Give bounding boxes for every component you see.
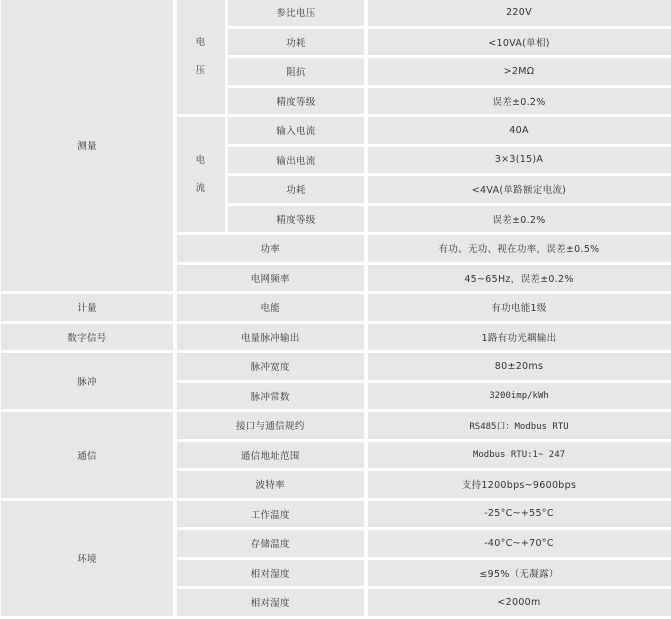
value-cell: 误差±0.2%	[368, 206, 671, 233]
param-cell: 阻抗	[228, 58, 364, 85]
value-cell: 1路有功光耦输出	[368, 324, 671, 351]
value-cell: RS485口：Modbus RTU	[368, 412, 671, 439]
param-cell: 功耗	[228, 176, 364, 203]
value-cell: 误差±0.2%	[368, 88, 671, 115]
value-cell: 45~65Hz，误差±0.2%	[368, 265, 671, 292]
group-measurement: 测量	[1, 0, 173, 291]
param-cell: 功率	[177, 235, 365, 262]
subgroup-current-char-1: 电	[196, 156, 206, 166]
value-cell: 有功电能1级	[368, 294, 671, 321]
param-cell: 精度等级	[228, 206, 364, 233]
spec-table: 测量 计量 数字信号 脉冲 通信 环境 电 压 电 流 参比电压 功耗 阻抗 精…	[0, 0, 671, 616]
param-cell: 功耗	[228, 29, 364, 56]
param-cell: 参比电压	[228, 0, 364, 26]
value-cell: <10VA(单相)	[368, 29, 671, 56]
value-cell: -40°C~+70°C	[368, 530, 671, 557]
group-pulse: 脉冲	[1, 353, 173, 409]
param-cell: 电能	[177, 294, 365, 321]
param-cell: 工作温度	[177, 501, 365, 528]
param-cell: 脉冲宽度	[177, 353, 365, 380]
value-cell: 80±20ms	[368, 353, 671, 380]
subgroup-voltage: 电 压	[177, 0, 225, 114]
group-communication: 通信	[1, 412, 173, 498]
value-cell: 3200imp/kWh	[368, 383, 671, 410]
param-cell: 脉冲常数	[177, 383, 365, 410]
param-cell: 波特率	[177, 471, 365, 498]
value-cell: <4VA(单路额定电流)	[368, 176, 671, 203]
param-cell: 相对湿度	[177, 560, 365, 587]
param-cell: 精度等级	[228, 88, 364, 115]
param-cell: 电量脉冲输出	[177, 324, 365, 351]
value-cell: 40A	[368, 117, 671, 144]
value-cell: ≤95%（无凝露）	[368, 560, 671, 587]
value-cell: 220V	[368, 0, 671, 26]
value-cell: 有功、无功、视在功率，误差±0.5%	[368, 235, 671, 262]
subgroup-current: 电 流	[177, 117, 225, 232]
subgroup-voltage-char-2: 压	[196, 66, 206, 76]
group-metering: 计量	[1, 294, 173, 321]
param-cell: 通信地址范围	[177, 442, 365, 469]
param-cell: 输出电流	[228, 147, 364, 174]
value-cell: 3×3(15)A	[368, 147, 671, 174]
value-cell: 支持1200bps~9600bps	[368, 471, 671, 498]
param-cell: 存储温度	[177, 530, 365, 557]
value-cell: Modbus RTU:1~ 247	[368, 442, 671, 469]
param-cell: 相对湿度	[177, 589, 365, 616]
group-environment: 环境	[1, 501, 173, 616]
group-digital-signal: 数字信号	[1, 324, 173, 351]
subgroup-current-char-2: 流	[196, 184, 206, 194]
value-cell: -25°C~+55°C	[368, 501, 671, 528]
param-cell: 电网频率	[177, 265, 365, 292]
param-cell: 接口与通信规约	[177, 412, 365, 439]
param-cell: 输入电流	[228, 117, 364, 144]
value-cell: <2000m	[368, 589, 671, 616]
value-cell: >2MΩ	[368, 58, 671, 85]
subgroup-voltage-char-1: 电	[196, 38, 206, 48]
